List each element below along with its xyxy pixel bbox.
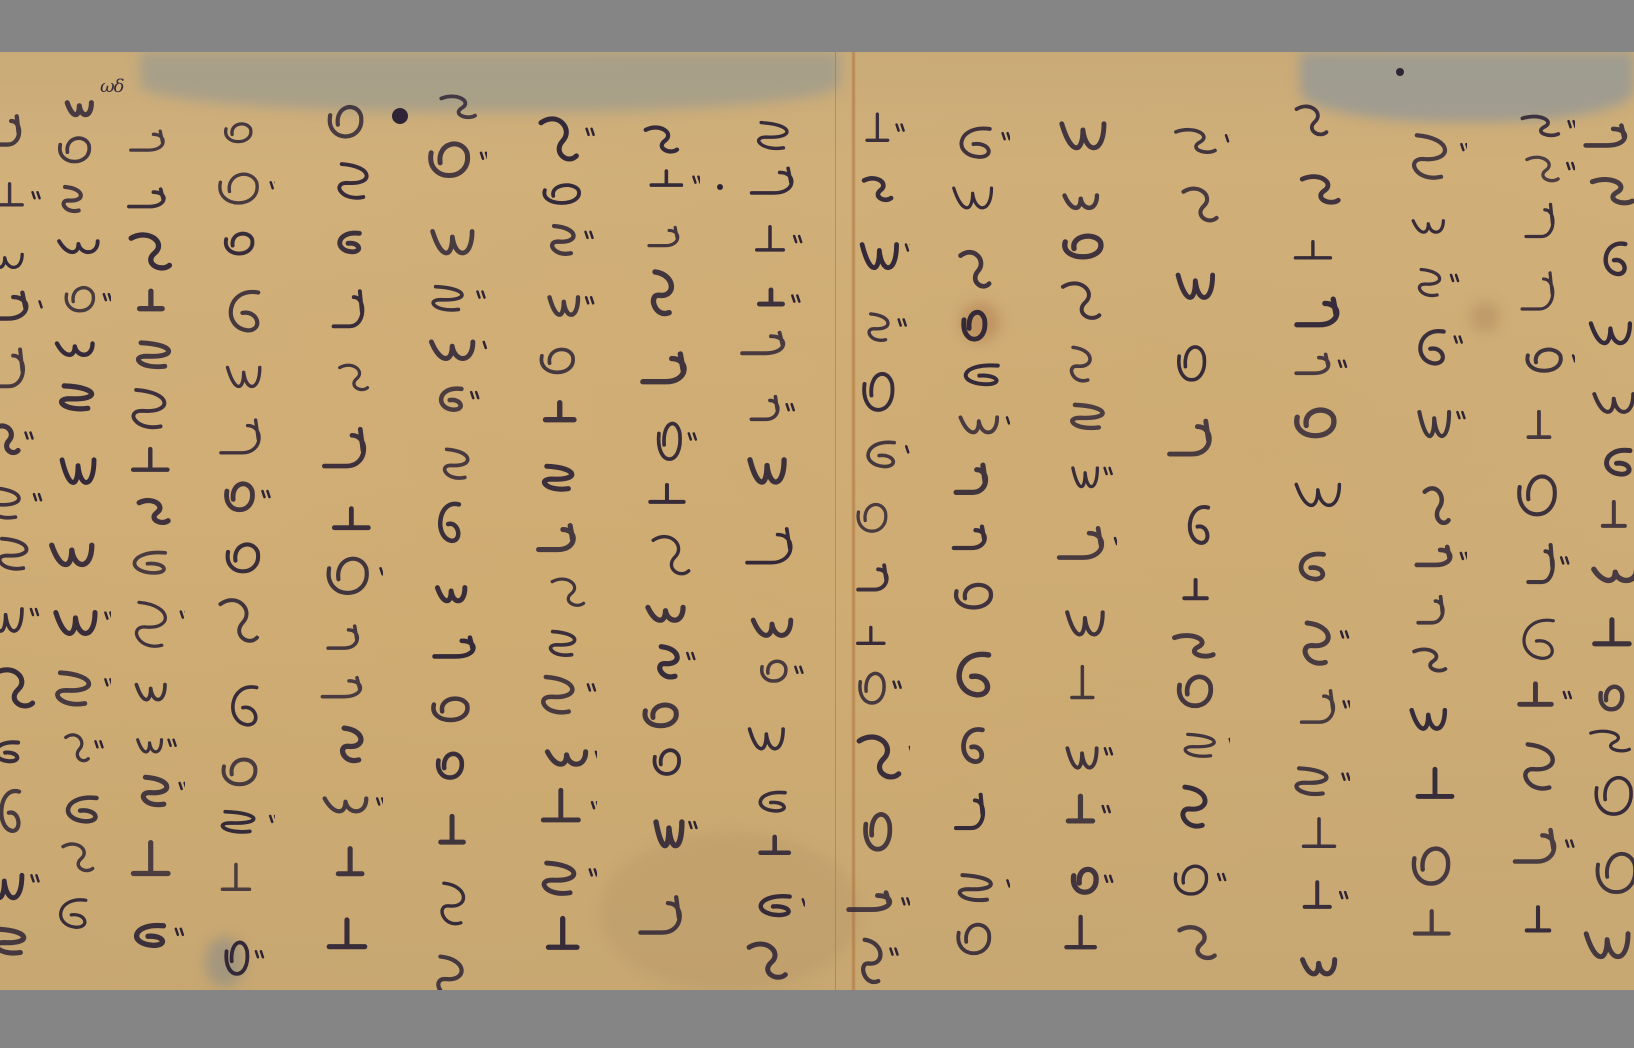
text-column — [527, 52, 597, 990]
text-column — [1397, 52, 1467, 990]
calligraphy-strokes — [0, 52, 43, 990]
text-column — [1160, 52, 1230, 990]
stain — [1470, 302, 1500, 332]
manuscript-scan: ωδ — [0, 0, 1634, 1048]
scan-background-top — [0, 0, 1634, 52]
manuscript-paper: ωδ — [0, 52, 1634, 990]
calligraphy-strokes — [41, 52, 111, 990]
calligraphy-strokes — [1577, 52, 1634, 990]
text-column — [0, 52, 43, 990]
calligraphy-strokes — [940, 52, 1010, 990]
text-column — [940, 52, 1010, 990]
text-column — [1280, 52, 1350, 990]
calligraphy-strokes — [1160, 52, 1230, 990]
text-column — [417, 52, 487, 990]
calligraphy-strokes — [205, 52, 275, 990]
text-column — [1047, 52, 1117, 990]
calligraphy-strokes — [630, 52, 700, 990]
ink-spot — [392, 108, 408, 124]
text-column — [630, 52, 700, 990]
text-column — [205, 52, 275, 990]
ink-spot — [1396, 68, 1404, 76]
text-column — [313, 52, 383, 990]
calligraphy-strokes — [313, 52, 383, 990]
text-column — [1577, 52, 1634, 990]
text-column — [115, 52, 185, 990]
text-column — [1505, 52, 1575, 990]
scan-background-bottom — [0, 990, 1634, 1048]
calligraphy-strokes — [735, 52, 805, 990]
text-column — [735, 52, 805, 990]
calligraphy-strokes — [417, 52, 487, 990]
margin-note: ωδ — [100, 76, 124, 97]
calligraphy-strokes — [527, 52, 597, 990]
calligraphy-strokes — [115, 52, 185, 990]
calligraphy-strokes — [1505, 52, 1575, 990]
calligraphy-strokes — [1397, 52, 1467, 990]
ink-spot — [717, 184, 723, 190]
fold-crease — [835, 52, 836, 990]
text-column — [840, 52, 910, 990]
text-column — [41, 52, 111, 990]
calligraphy-strokes — [1047, 52, 1117, 990]
calligraphy-strokes — [840, 52, 910, 990]
calligraphy-strokes — [1280, 52, 1350, 990]
